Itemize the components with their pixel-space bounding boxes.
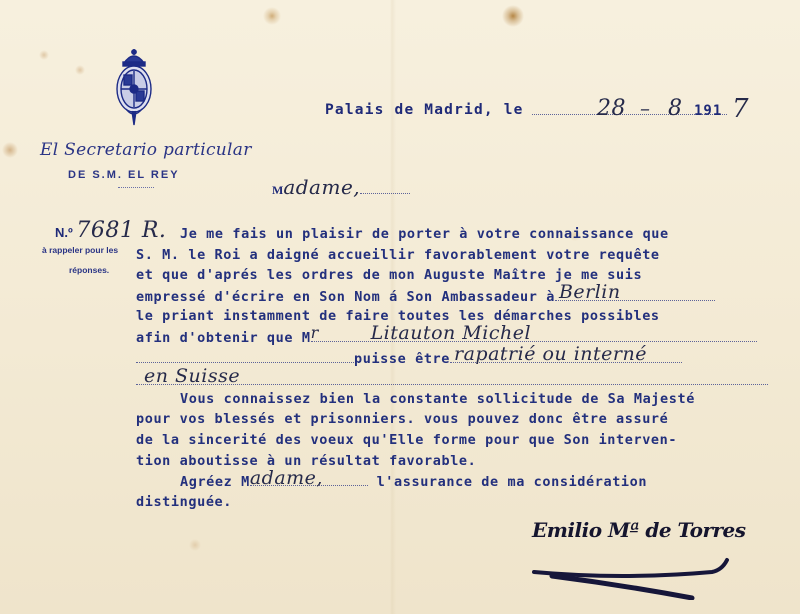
- signature-flourish-icon: [522, 510, 752, 600]
- body-line: Vous connaissez bien la constante sollic…: [136, 389, 776, 410]
- date-field: 28 – 8 191 7: [532, 96, 757, 120]
- body-line: empressé d'écrire en Son Nom á Son Ambas…: [136, 286, 776, 307]
- closing-salutation-field: adame,: [250, 471, 368, 486]
- title-suffix-handwritten: r: [311, 323, 319, 344]
- body-line: en Suisse: [136, 368, 776, 389]
- letter-body: Je me fais un plaisir de porter à votre …: [136, 224, 776, 512]
- body-line: tion aboutisse à un résultat favorable.: [136, 451, 776, 472]
- date-year-printed: 191: [694, 103, 722, 119]
- letterhead-title: El Secretario particular: [40, 140, 240, 160]
- body-line-text: puisse être: [354, 351, 450, 367]
- closing-handwritten: adame,: [250, 468, 323, 489]
- body-line: S. M. le Roi a daigné accueillir favorab…: [136, 245, 776, 266]
- signature: Emilio Mª de Torres: [522, 510, 752, 600]
- reference-note-line1: à rappeler pour les: [42, 245, 118, 255]
- person-handwritten: Litauton Michel: [371, 323, 531, 344]
- letter-page: El Secretario particular DE S.M. EL REY …: [0, 0, 800, 614]
- closing-suffix: l'assurance de ma considération: [377, 474, 648, 490]
- letterhead-subtitle: DE S.M. EL REY: [68, 169, 180, 181]
- closing-line: Agréez Madame, l'assurance de ma considé…: [136, 471, 776, 492]
- person-field: rLitauton Michel: [311, 327, 757, 342]
- body-line: pour vos blessés et prisonniers. vous po…: [136, 409, 776, 430]
- city-handwritten: Berlin: [559, 282, 621, 303]
- body-line-text: afin d'obtenir que M: [136, 330, 311, 346]
- city-field: Berlin: [555, 286, 715, 301]
- body-line-text: empressé d'écrire en Son Nom á Son Ambas…: [136, 289, 555, 305]
- place-label: Palais de Madrid, le: [325, 102, 524, 118]
- salutation-printed: M: [272, 183, 283, 197]
- request-handwritten: rapatrié ou interné: [454, 344, 647, 365]
- royal-coat-of-arms-icon: [110, 47, 158, 127]
- salutation-handwritten: adame,: [283, 175, 360, 199]
- date-month: 8: [668, 96, 683, 121]
- reference-label: N.º: [55, 225, 73, 240]
- leading-dotted-line: [136, 348, 354, 363]
- letterhead-rule: [118, 187, 154, 188]
- reference-note-line2: réponses.: [69, 265, 109, 275]
- closing-prefix: Agréez M: [180, 474, 250, 490]
- body-line: de la sincerité des voeux qu'Elle forme …: [136, 430, 776, 451]
- salutation-dotted-line: [360, 193, 410, 194]
- body-line: et que d'aprés les ordres de mon Auguste…: [136, 265, 776, 286]
- date-separator: –: [640, 96, 651, 120]
- salutation: Madame,: [272, 175, 410, 199]
- body-line: Je me fais un plaisir de porter à votre …: [136, 224, 776, 245]
- date-day: 28: [597, 96, 626, 121]
- country-handwritten: en Suisse: [144, 366, 240, 387]
- request-field: rapatrié ou interné: [450, 348, 682, 363]
- date-year-handwritten: 7: [732, 94, 749, 124]
